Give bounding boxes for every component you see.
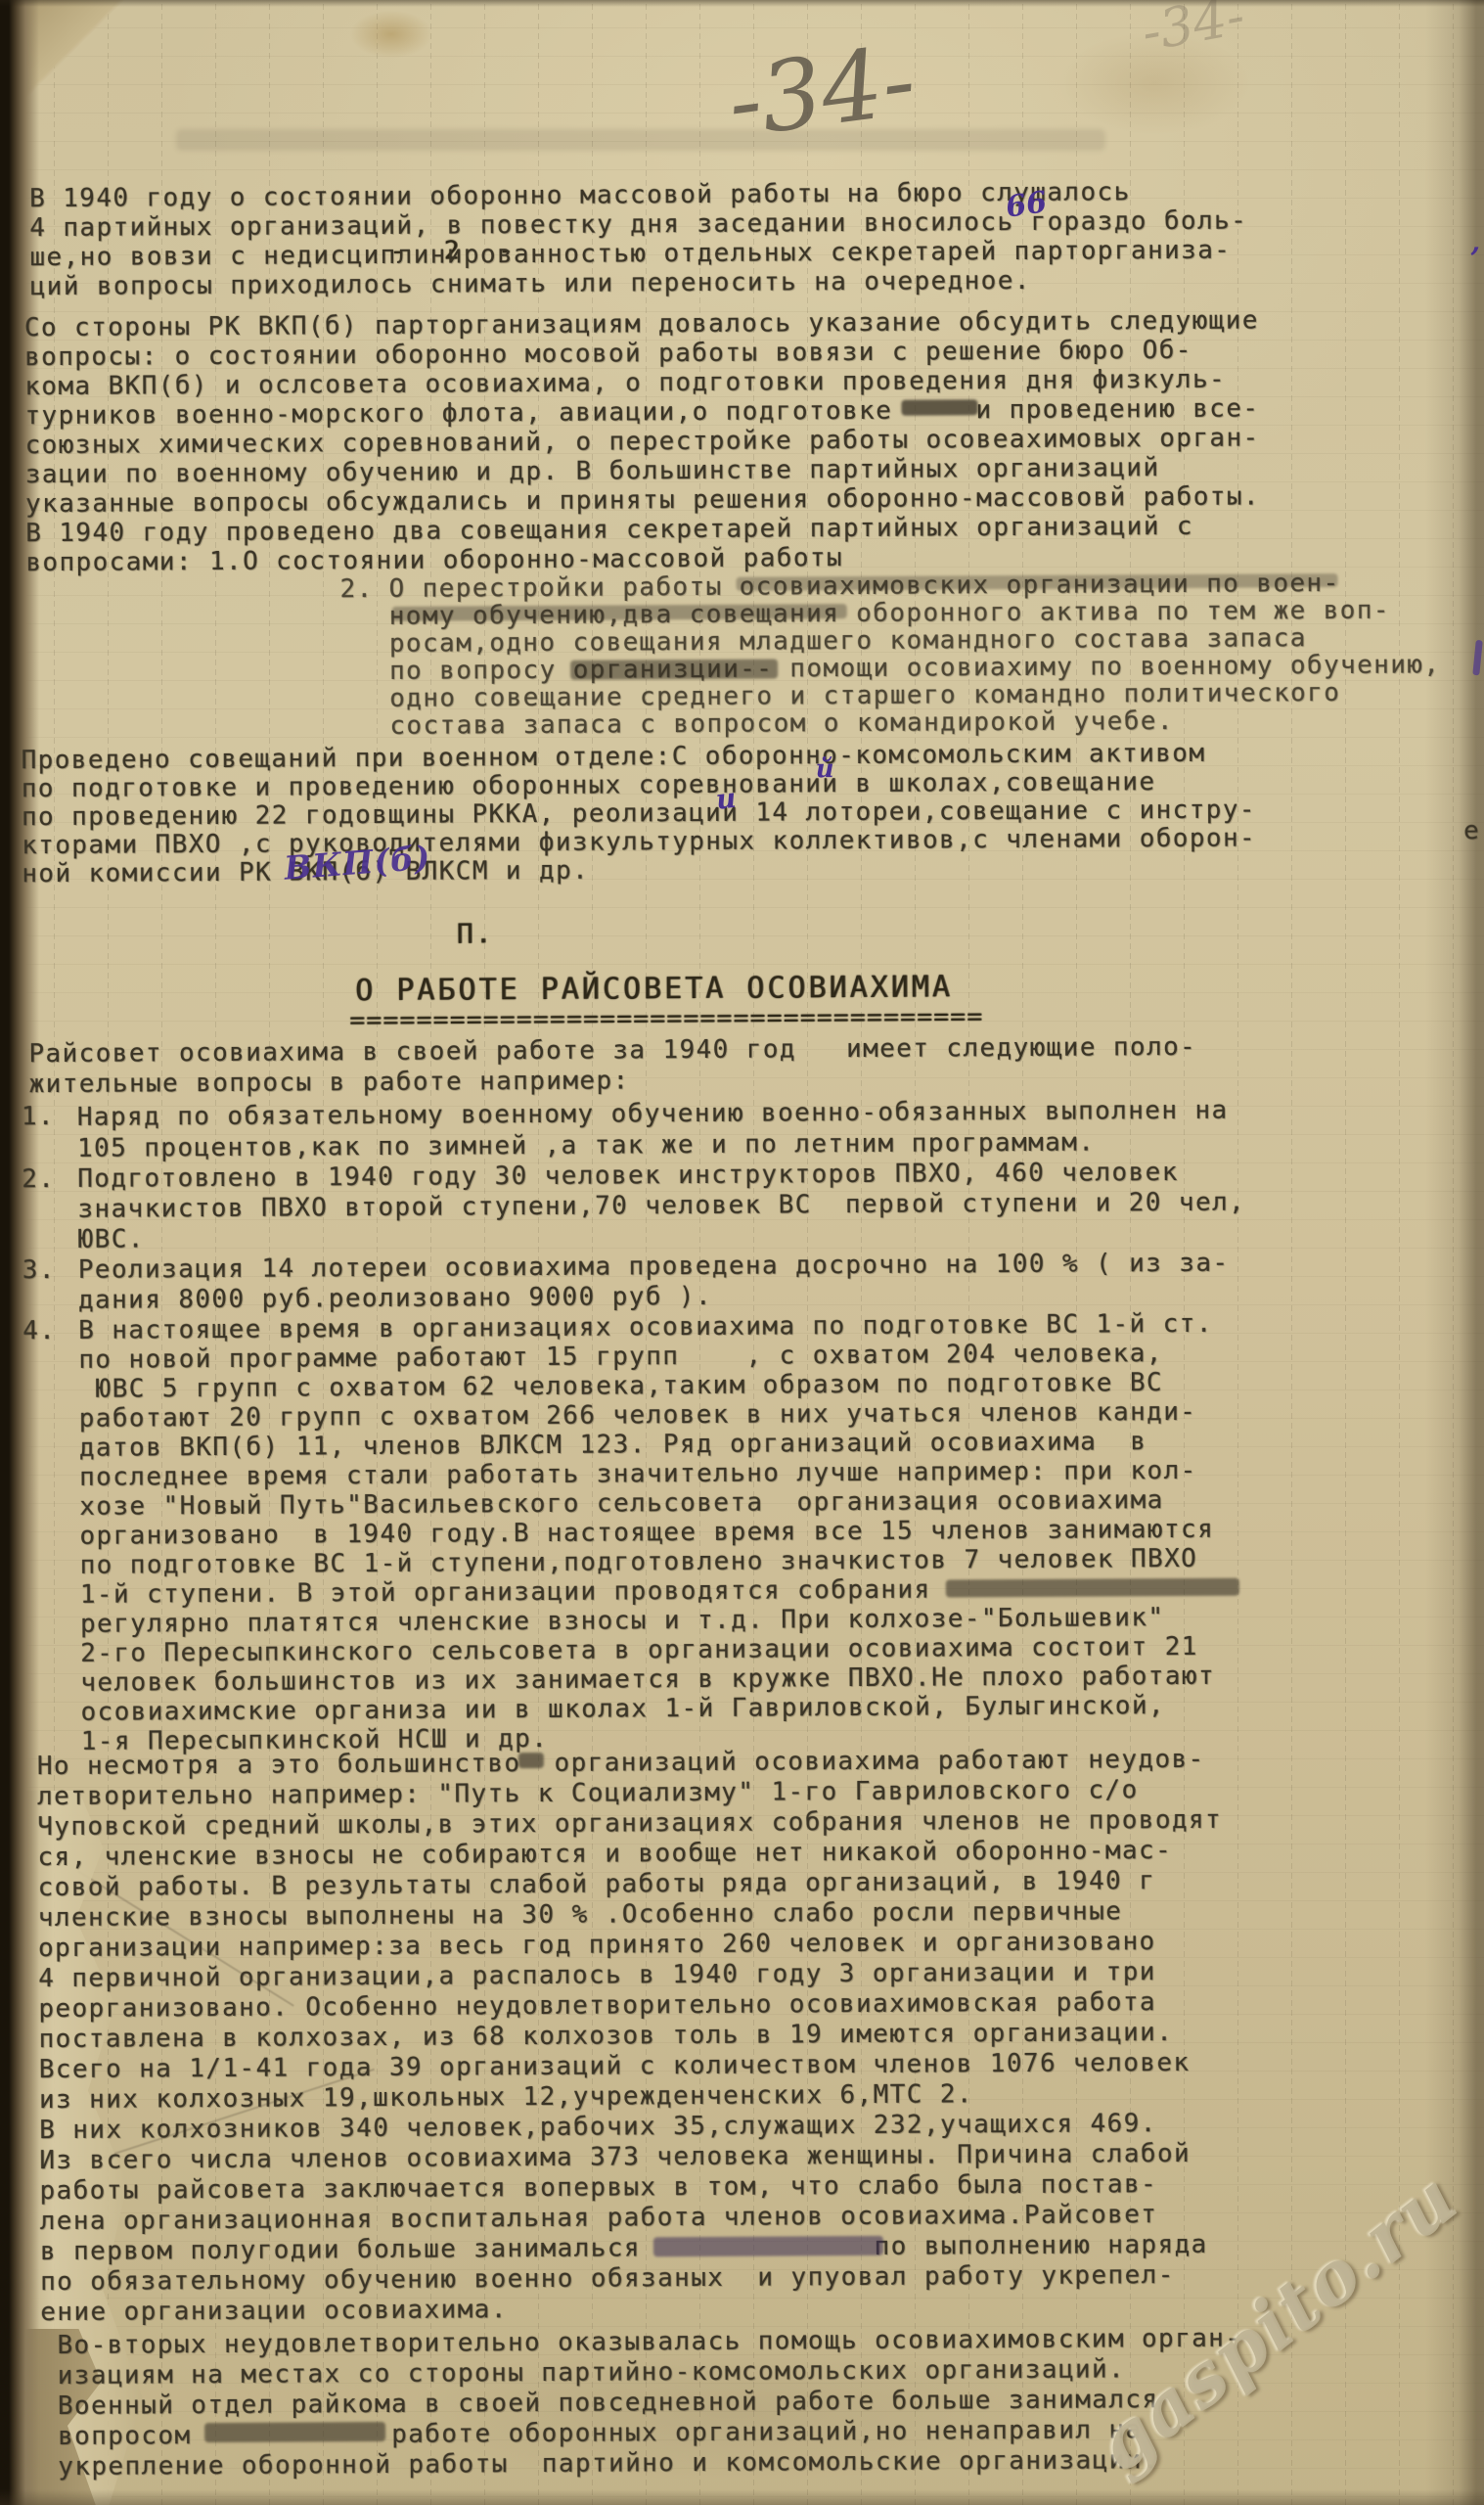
section-title: О РАБОТЕ РАЙСОВЕТА ОСОВИАХИМА [355, 973, 953, 1006]
paragraph-rk-vkpb-instructions: Со стороны РК ВКП(б) парторганизациям до… [24, 306, 1261, 578]
paragraph-defense-work-1940: В 1940 году о состоянии оборонно массово… [29, 177, 1248, 302]
list-number-1: 1. [22, 1102, 55, 1131]
margin-note-66: 66 [1004, 185, 1049, 225]
paragraph-weak-organizations: Но несмотря а это большинство организаци… [37, 1745, 1225, 2328]
ink-strikeout [901, 399, 977, 415]
indent-item-meetings: О перестройки работы осовиахимовских орг… [388, 569, 1440, 740]
inserted-letter-y: й [816, 754, 834, 784]
edge-ink-mark: ’ [1469, 242, 1480, 276]
list-number-2: 2. [22, 1164, 55, 1194]
ink-strikeout [653, 2236, 883, 2256]
ink-overstrike [392, 604, 847, 621]
list-item-lottery: Реолизация 14 лотереи осовиахима проведе… [78, 1249, 1230, 1316]
list-item-training-quota: Наряд по обязательному военному обучению… [77, 1095, 1229, 1164]
handwritten-page-number-ghost: -34- [1137, 0, 1249, 64]
paragraph-military-dept-meetings: Проведено совещаний при военном отделе:С… [22, 740, 1257, 889]
ink-strikeout [946, 1578, 1239, 1598]
paragraph-raysovet-intro: Райсовет осовиахима в своей работе за 19… [28, 1032, 1196, 1100]
document-page: - 2 - В 1940 году о состоянии оборонно м… [0, 0, 1484, 2505]
list-item-groups: В настоящее время в организациях осовиах… [78, 1309, 1215, 1756]
section-numeral: П. [457, 919, 494, 948]
ink-strikeout [518, 1753, 544, 1768]
ink-strikeout [570, 660, 778, 680]
edge-ink-tick [1472, 640, 1483, 676]
paragraph-second-cause: Во-вторых неудовлетворительно оказывалас… [57, 2324, 1242, 2482]
handwritten-page-number: -34- [722, 24, 922, 159]
list-item-pvho-instructors: Подготовлено в 1940 году 30 человек инст… [77, 1158, 1245, 1255]
indent-item-number: 2. [339, 575, 373, 603]
section-title-underline: ====================================== [349, 1002, 983, 1035]
inserted-letter-i: и [714, 782, 738, 816]
edge-text-fragment: е [1463, 816, 1480, 845]
text-layer: - 2 - В 1940 году о состоянии оборонно м… [0, 0, 1484, 2505]
list-number-4: 4. [22, 1316, 56, 1345]
list-number-3: 3. [22, 1255, 56, 1285]
ink-strikeout [204, 2422, 385, 2442]
